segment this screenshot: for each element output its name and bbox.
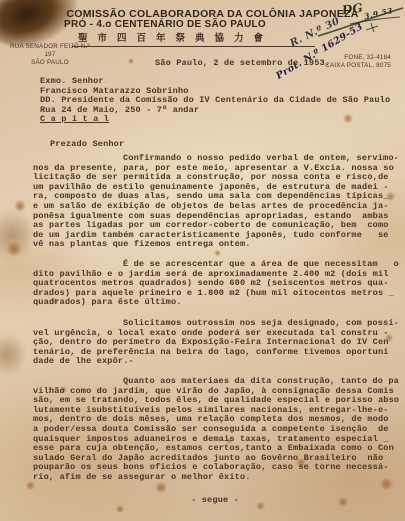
edge-smudge [0, 205, 32, 265]
letter-dateline: São Paulo, 2 de setembro de 1953. [155, 59, 330, 69]
letterhead-street-address: RUA SENADOR FEIJÓ N.º 197 SÃO PAULO [4, 43, 96, 67]
scanned-letter-page: COMISSÃO COLABORADORA DA COLÔNIA JAPONEZ… [0, 0, 405, 521]
paragraph-1: Confirmando o nosso pedido verbal de ont… [33, 154, 405, 250]
rust-spot [155, 482, 167, 493]
rust-spot [128, 58, 134, 64]
handwritten-initials: DG [341, 1, 363, 18]
rust-spot [6, 242, 22, 256]
city-line: SÃO PAULO [4, 59, 96, 67]
paragraph-4: Quanto aos materiaes da dita construção,… [33, 377, 405, 483]
letterhead-org-subtitle: PRÓ - 4.o CENTENÁRIO DE SÃO PAULO [0, 19, 330, 30]
recipient-block: Exmo. Senhor Francisco Matarazzo Sobrinh… [40, 77, 390, 115]
salutation: Prezado Senhor [50, 140, 124, 150]
rust-spot [116, 505, 124, 513]
paragraph-2: É de se acrescentar que a área de que ne… [33, 260, 405, 308]
rust-spot [14, 200, 26, 212]
recipient-city: C a p i t a l [40, 115, 109, 125]
letterhead-japanese-name: 聖市四百年祭典協力會 [72, 30, 315, 47]
rust-spot [338, 497, 348, 507]
street-line: RUA SENADOR FEIJÓ N.º 197 [4, 43, 96, 59]
edge-smudge [0, 330, 24, 380]
continuation-mark: - segue - [160, 496, 270, 506]
paragraph-3: Solicitamos outrossim nos seja designado… [33, 319, 405, 367]
rust-spot [214, 250, 221, 256]
